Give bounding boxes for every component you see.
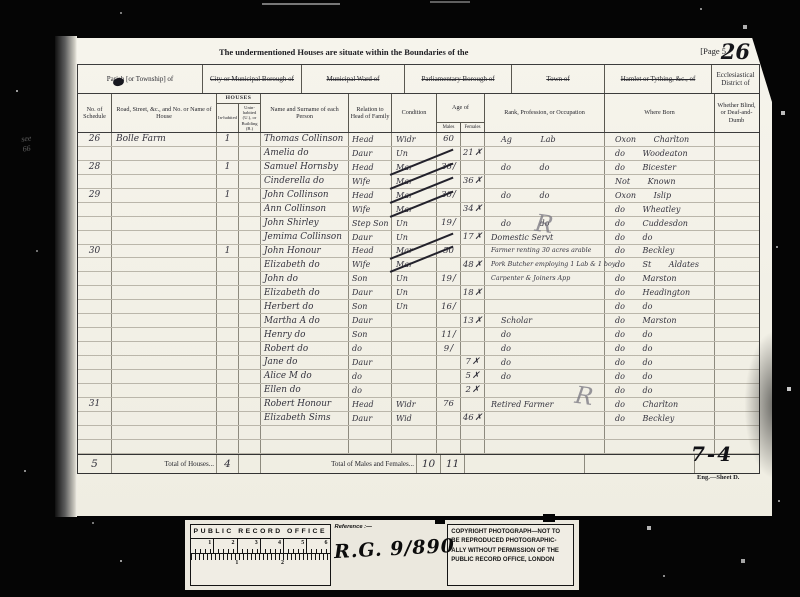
cell-house-name: Bolle Farm (112, 133, 217, 146)
cell-schedule (78, 328, 112, 341)
district-field: Municipal Ward of (302, 65, 405, 93)
cell-blind (715, 328, 758, 341)
cell-occupation (485, 412, 605, 425)
cell-condition: Widr (392, 133, 437, 146)
cell-uninhabited (239, 258, 261, 271)
table-row: 291John CollinsonHeadMar30/do doOxon Isl… (78, 189, 759, 203)
cell-blind (715, 217, 758, 230)
table-row: Elizabeth SimsDaurWid46✗do Beckley (78, 412, 759, 426)
totals-houses-label: Total of Houses... (112, 455, 217, 473)
copyright-line: BE REPRODUCED PHOTOGRAPHIC- (451, 537, 571, 546)
ruler-segment: 1 (191, 539, 214, 553)
cell-person-name: Ann Collinson (261, 203, 349, 216)
cell-where-born: do St Aldates (605, 258, 715, 271)
cell-relation: Head (349, 133, 392, 146)
cell-age-male: 76 (437, 398, 461, 411)
margin-pencil-line: 66 (22, 144, 34, 156)
cell-relation: Son (349, 272, 392, 285)
cell-person-name: Elizabeth Sims (261, 412, 349, 425)
copyright-line: ALLY WITHOUT PERMISSION OF THE (451, 547, 571, 556)
cell-uninhabited (239, 356, 261, 369)
cell-occupation: do (485, 356, 605, 369)
totals-males-females-label: Total of Males and Females... (261, 455, 417, 473)
cell-blind (715, 161, 758, 174)
cell-house-name (112, 300, 217, 313)
cell-age-female: 18✗ (461, 286, 485, 299)
cell-schedule (78, 286, 112, 299)
cell-condition (392, 440, 437, 453)
table-row: Herbert doSonUn16/do do (78, 300, 759, 314)
cell-age-male (437, 426, 461, 439)
cell-where-born (605, 426, 715, 439)
totals-schedule-count: 5 (78, 455, 112, 473)
cell-house-name (112, 398, 217, 411)
cell-age-female: 2✗ (461, 384, 485, 397)
cell-where-born: do Woodeaton (605, 147, 715, 160)
cell-schedule (78, 384, 112, 397)
cell-house-name (112, 203, 217, 216)
cell-relation: do (349, 370, 392, 383)
copyright-line: COPYRIGHT PHOTOGRAPH—NOT TO (451, 528, 571, 537)
cell-age-male: 9/ (437, 342, 461, 355)
cell-uninhabited (239, 203, 261, 216)
cell-inhabited: 1 (217, 245, 239, 258)
cell-inhabited (217, 384, 239, 397)
cell-age-female (461, 440, 485, 453)
cell-uninhabited (239, 161, 261, 174)
header-road: Road, Street, &c., and No. or Name of Ho… (112, 94, 217, 132)
cell-house-name (112, 175, 217, 188)
registration-mark (543, 514, 555, 522)
cell-inhabited: 1 (217, 161, 239, 174)
table-row: Henry doSon11/dodo do (78, 328, 759, 342)
cell-where-born: do Beckley (605, 412, 715, 425)
cell-condition (392, 342, 437, 355)
cell-relation: Head (349, 245, 392, 258)
cell-schedule (78, 440, 112, 453)
cell-person-name: Thomas Collinson (261, 133, 349, 146)
cell-inhabited (217, 286, 239, 299)
totals-row: 5 Total of Houses... 4 Total of Males an… (78, 454, 759, 473)
table-row (78, 426, 759, 440)
pencil-check-letter: R (573, 381, 595, 411)
table-row: Ellen dodo2✗do do (78, 384, 759, 398)
cell-relation: Daur (349, 231, 392, 244)
cell-inhabited (217, 356, 239, 369)
district-field: Parliamentary Borough of (405, 65, 512, 93)
cell-schedule (78, 370, 112, 383)
ruler-segment: 4 (261, 539, 284, 553)
cell-condition: Wid (392, 412, 437, 425)
cell-age-male (437, 412, 461, 425)
header-uninhabited: Unin-habited (U.), or Building (B.) (239, 104, 260, 132)
ruler-bottom: 1 2 (191, 554, 330, 585)
cell-age-female (461, 133, 485, 146)
cell-inhabited (217, 272, 239, 285)
cell-condition (392, 314, 437, 327)
cell-inhabited (217, 440, 239, 453)
table-row: Elizabeth doDaurUn18✗do Headington (78, 286, 759, 300)
cell-uninhabited (239, 272, 261, 285)
cell-inhabited (217, 412, 239, 425)
cell-uninhabited (239, 342, 261, 355)
cell-person-name: Martha A do (261, 314, 349, 327)
cell-blind (715, 314, 758, 327)
cell-blind (715, 342, 758, 355)
check-mark: ✗ (475, 260, 483, 270)
cell-blind (715, 133, 758, 146)
cell-occupation (485, 440, 605, 453)
cell-where-born: do Cuddesdon (605, 217, 715, 230)
cell-house-name (112, 412, 217, 425)
cell-person-name (261, 440, 349, 453)
cell-occupation: do (485, 370, 605, 383)
cell-age-female (461, 189, 485, 202)
cell-blind (715, 231, 758, 244)
cell-person-name: Jane do (261, 356, 349, 369)
cell-house-name (112, 161, 217, 174)
cell-uninhabited (239, 189, 261, 202)
cell-relation: do (349, 342, 392, 355)
cell-age-female (461, 398, 485, 411)
totals-houses-value: 4 (217, 455, 239, 473)
cell-age-female: 46✗ (461, 412, 485, 425)
cell-condition (392, 328, 437, 341)
census-table: No. of Schedule Road, Street, &c., and N… (77, 94, 760, 474)
cell-schedule (78, 231, 112, 244)
cell-age-male (437, 440, 461, 453)
cell-condition (392, 370, 437, 383)
header-inhabited: In-habited (217, 104, 239, 132)
cell-house-name (112, 342, 217, 355)
cell-house-name (112, 272, 217, 285)
cell-occupation: Scholar (485, 314, 605, 327)
cell-blind (715, 426, 758, 439)
cell-uninhabited (239, 133, 261, 146)
cell-uninhabited (239, 217, 261, 230)
cell-inhabited: 1 (217, 133, 239, 146)
cell-age-female: 17✗ (461, 231, 485, 244)
cell-blind (715, 356, 758, 369)
table-header-row: No. of Schedule Road, Street, &c., and N… (78, 94, 759, 133)
cell-where-born: Oxon Islip (605, 189, 715, 202)
cell-house-name (112, 189, 217, 202)
cell-age-male: 19/ (437, 272, 461, 285)
cell-house-name (112, 328, 217, 341)
cell-house-name (112, 147, 217, 160)
cell-age-female (461, 217, 485, 230)
header-schedule: No. of Schedule (78, 94, 112, 132)
cell-age-female: 48✗ (461, 258, 485, 271)
cell-blind (715, 300, 758, 313)
cell-condition: Un (392, 286, 437, 299)
ruler-sub-number: 1 (235, 560, 238, 566)
district-field: Hamlet or Tything, &c., of (605, 65, 712, 93)
cell-condition: Mar (392, 203, 437, 216)
table-row: John doSonUn19/Carpenter & Joiners Appdo… (78, 272, 759, 286)
cell-person-name: Jemima Collinson (261, 231, 349, 244)
page-edge-shadow (55, 36, 77, 517)
check-mark: ✗ (472, 385, 480, 395)
folio-number-handwritten: 26 (721, 39, 750, 64)
totals-spacer (465, 455, 585, 473)
header-note: The undermentioned Houses are situate wi… (219, 47, 468, 57)
cell-blind (715, 258, 758, 271)
cell-relation: Daur (349, 286, 392, 299)
cell-schedule (78, 342, 112, 355)
cell-age-female: 36✗ (461, 175, 485, 188)
table-row: Alice M dodo5✗dodo do (78, 370, 759, 384)
cell-inhabited (217, 231, 239, 244)
cell-age-male: 19/ (437, 217, 461, 230)
cell-uninhabited (239, 231, 261, 244)
margin-pencil-note: see 66 (21, 133, 34, 155)
cell-house-name (112, 258, 217, 271)
table-row: Jemima CollinsonDaurUn17✗Domestic Servtd… (78, 231, 759, 245)
header-houses-group: HOUSES In-habited Unin-habited (U.), or … (217, 94, 261, 132)
cell-age-male (437, 384, 461, 397)
cell-relation (349, 426, 392, 439)
cell-where-born: do do (605, 370, 715, 383)
cell-schedule: 26 (78, 133, 112, 146)
cell-person-name: Robert do (261, 342, 349, 355)
cell-uninhabited (239, 440, 261, 453)
cell-uninhabited (239, 398, 261, 411)
cell-age-male: 60 (437, 133, 461, 146)
cell-age-female: 5✗ (461, 370, 485, 383)
cell-house-name (112, 245, 217, 258)
cell-relation: Son (349, 300, 392, 313)
cell-relation: do (349, 384, 392, 397)
cell-uninhabited (239, 370, 261, 383)
cell-person-name: Alice M do (261, 370, 349, 383)
scan-streak (430, 1, 470, 3)
cell-where-born: Not Known (605, 175, 715, 188)
cell-age-female (461, 161, 485, 174)
table-row: 281Samuel HornsbyHeadMar36/do dodo Bices… (78, 161, 759, 175)
cell-condition: Widr (392, 398, 437, 411)
header-age: Age of (437, 94, 484, 122)
cell-blind (715, 245, 758, 258)
cell-blind (715, 272, 758, 285)
cell-where-born: do Headington (605, 286, 715, 299)
cell-person-name: John do (261, 272, 349, 285)
cell-where-born: do Wheatley (605, 203, 715, 216)
cell-occupation: do (485, 328, 605, 341)
cell-uninhabited (239, 426, 261, 439)
cell-age-male (437, 286, 461, 299)
cell-where-born: Oxon Charlton (605, 133, 715, 146)
table-row: Jane doDaur7✗dodo do (78, 356, 759, 370)
cell-inhabited: 1 (217, 189, 239, 202)
scan-speckles (0, 0, 2, 2)
cell-age-female: 7✗ (461, 356, 485, 369)
cell-schedule (78, 147, 112, 160)
cell-blind (715, 412, 758, 425)
cell-blind (715, 203, 758, 216)
check-mark: / (453, 330, 456, 340)
cell-inhabited (217, 300, 239, 313)
check-mark: / (453, 218, 456, 228)
cell-uninhabited (239, 175, 261, 188)
cell-schedule: 28 (78, 161, 112, 174)
district-field: City or Municipal Borough of (203, 65, 302, 93)
cell-uninhabited (239, 314, 261, 327)
cell-person-name: Amelia do (261, 147, 349, 160)
cell-occupation: do (485, 342, 605, 355)
ruler-top: 123456 (191, 539, 330, 554)
cell-schedule (78, 203, 112, 216)
cell-person-name: Elizabeth do (261, 258, 349, 271)
cell-schedule (78, 412, 112, 425)
cell-person-name: Samuel Hornsby (261, 161, 349, 174)
check-mark: ✗ (475, 316, 483, 326)
check-mark: / (453, 274, 456, 284)
header-blind: Whether Blind, or Deaf-and-Dumb (715, 94, 758, 132)
cell-inhabited (217, 342, 239, 355)
cell-blind (715, 175, 758, 188)
cell-person-name: Herbert do (261, 300, 349, 313)
cell-schedule (78, 272, 112, 285)
totals-females-value: 11 (441, 455, 465, 473)
cell-person-name: John Collinson (261, 189, 349, 202)
table-row: Cinderella doWifeMar36✗Not Known (78, 175, 759, 189)
cell-uninhabited (239, 245, 261, 258)
cell-occupation (485, 147, 605, 160)
header-females: Females (461, 123, 484, 132)
cell-age-male (437, 258, 461, 271)
cell-age-female (461, 272, 485, 285)
totals-spacer (585, 455, 695, 473)
cell-schedule (78, 217, 112, 230)
cell-age-male: 11/ (437, 328, 461, 341)
cell-schedule: 30 (78, 245, 112, 258)
census-page: The undermentioned Houses are situate wi… (77, 38, 772, 516)
cell-relation: Daur (349, 356, 392, 369)
ruler-segment: 3 (238, 539, 261, 553)
cell-occupation: do do (485, 161, 605, 174)
table-row: Elizabeth doWifeMar48✗Pork Butcher emplo… (78, 258, 759, 272)
folio-pencil-mark: 7-4 (691, 442, 733, 466)
cell-relation: Wife (349, 203, 392, 216)
cell-condition (392, 426, 437, 439)
cell-house-name (112, 426, 217, 439)
cell-relation: Head (349, 189, 392, 202)
cell-blind (715, 189, 758, 202)
cell-blind (715, 147, 758, 160)
stamp-reference-box: Reference :— R.G. 9/890 (331, 520, 448, 590)
ruler-sub-number: 2 (281, 560, 284, 566)
stamp-ruler-box: PUBLIC RECORD OFFICE 123456 1 2 (190, 524, 331, 586)
header-relation: Relation to Head of Family (349, 94, 392, 132)
cell-blind (715, 286, 758, 299)
cell-age-female (461, 300, 485, 313)
ruler-segment: 6 (307, 539, 329, 553)
cell-age-male (437, 203, 461, 216)
cell-house-name (112, 384, 217, 397)
cell-occupation: Farmer renting 30 acres arable (485, 245, 605, 258)
check-mark: / (453, 302, 456, 312)
header-occupation: Rank, Profession, or Occupation (485, 94, 605, 132)
header-age-group: Age of Males Females (437, 94, 485, 132)
cell-person-name: John Shirley (261, 217, 349, 230)
cell-age-male (437, 370, 461, 383)
cell-person-name: John Honour (261, 245, 349, 258)
cell-blind (715, 384, 758, 397)
cell-occupation: do do (485, 189, 605, 202)
check-mark: ✗ (472, 371, 480, 381)
cell-relation: Head (349, 161, 392, 174)
cell-occupation (485, 175, 605, 188)
table-row: Amelia doDaurUn21✗do Woodeaton (78, 147, 759, 161)
cell-where-born: do Charlton (605, 398, 715, 411)
table-row: 301John HonourHeadMar50Farmer renting 30… (78, 245, 759, 259)
cell-occupation (485, 300, 605, 313)
cell-where-born: do Marston (605, 272, 715, 285)
table-row: Robert dodo9/dodo do (78, 342, 759, 356)
cell-blind (715, 398, 758, 411)
cell-inhabited (217, 426, 239, 439)
table-row: Martha A doDaur13✗Scholardo Marston (78, 314, 759, 328)
cell-inhabited (217, 203, 239, 216)
cell-house-name (112, 231, 217, 244)
cell-schedule (78, 300, 112, 313)
cell-schedule (78, 426, 112, 439)
cell-where-born: do Marston (605, 314, 715, 327)
cell-age-male (437, 314, 461, 327)
cell-uninhabited (239, 286, 261, 299)
reference-label: Reference :— (335, 524, 372, 530)
cell-where-born: do Beckley (605, 245, 715, 258)
cell-house-name (112, 314, 217, 327)
cell-age-female (461, 245, 485, 258)
check-mark: ✗ (472, 357, 480, 367)
cell-relation: Daur (349, 147, 392, 160)
cell-relation: Wife (349, 258, 392, 271)
cell-where-born: do do (605, 231, 715, 244)
header-name: Name and Surname of each Person (261, 94, 349, 132)
header-houses: HOUSES (217, 94, 260, 104)
copyright-line: PUBLIC RECORD OFFICE, LONDON (451, 556, 571, 565)
cell-schedule: 29 (78, 189, 112, 202)
cell-inhabited (217, 258, 239, 271)
check-mark: ✗ (475, 204, 483, 214)
cell-inhabited (217, 217, 239, 230)
cell-condition: Un (392, 272, 437, 285)
cell-schedule (78, 175, 112, 188)
cell-age-female (461, 328, 485, 341)
cell-uninhabited (239, 412, 261, 425)
cell-where-born: do Bicester (605, 161, 715, 174)
cell-person-name: Cinderella do (261, 175, 349, 188)
header-condition: Condition (392, 94, 437, 132)
cell-age-female (461, 426, 485, 439)
cell-house-name (112, 440, 217, 453)
page-header: The undermentioned Houses are situate wi… (77, 38, 772, 64)
cell-age-female (461, 342, 485, 355)
cell-occupation (485, 426, 605, 439)
cell-uninhabited (239, 300, 261, 313)
cell-uninhabited (239, 384, 261, 397)
table-row (78, 440, 759, 454)
district-band: Parish [or Township] ofCity or Municipal… (77, 64, 760, 94)
cell-schedule (78, 356, 112, 369)
district-field: Town of (512, 65, 605, 93)
cell-uninhabited (239, 147, 261, 160)
cell-inhabited (217, 398, 239, 411)
cell-where-born: do do (605, 356, 715, 369)
stamp-copyright-box: COPYRIGHT PHOTOGRAPH—NOT TO BE REPRODUCE… (447, 524, 574, 586)
